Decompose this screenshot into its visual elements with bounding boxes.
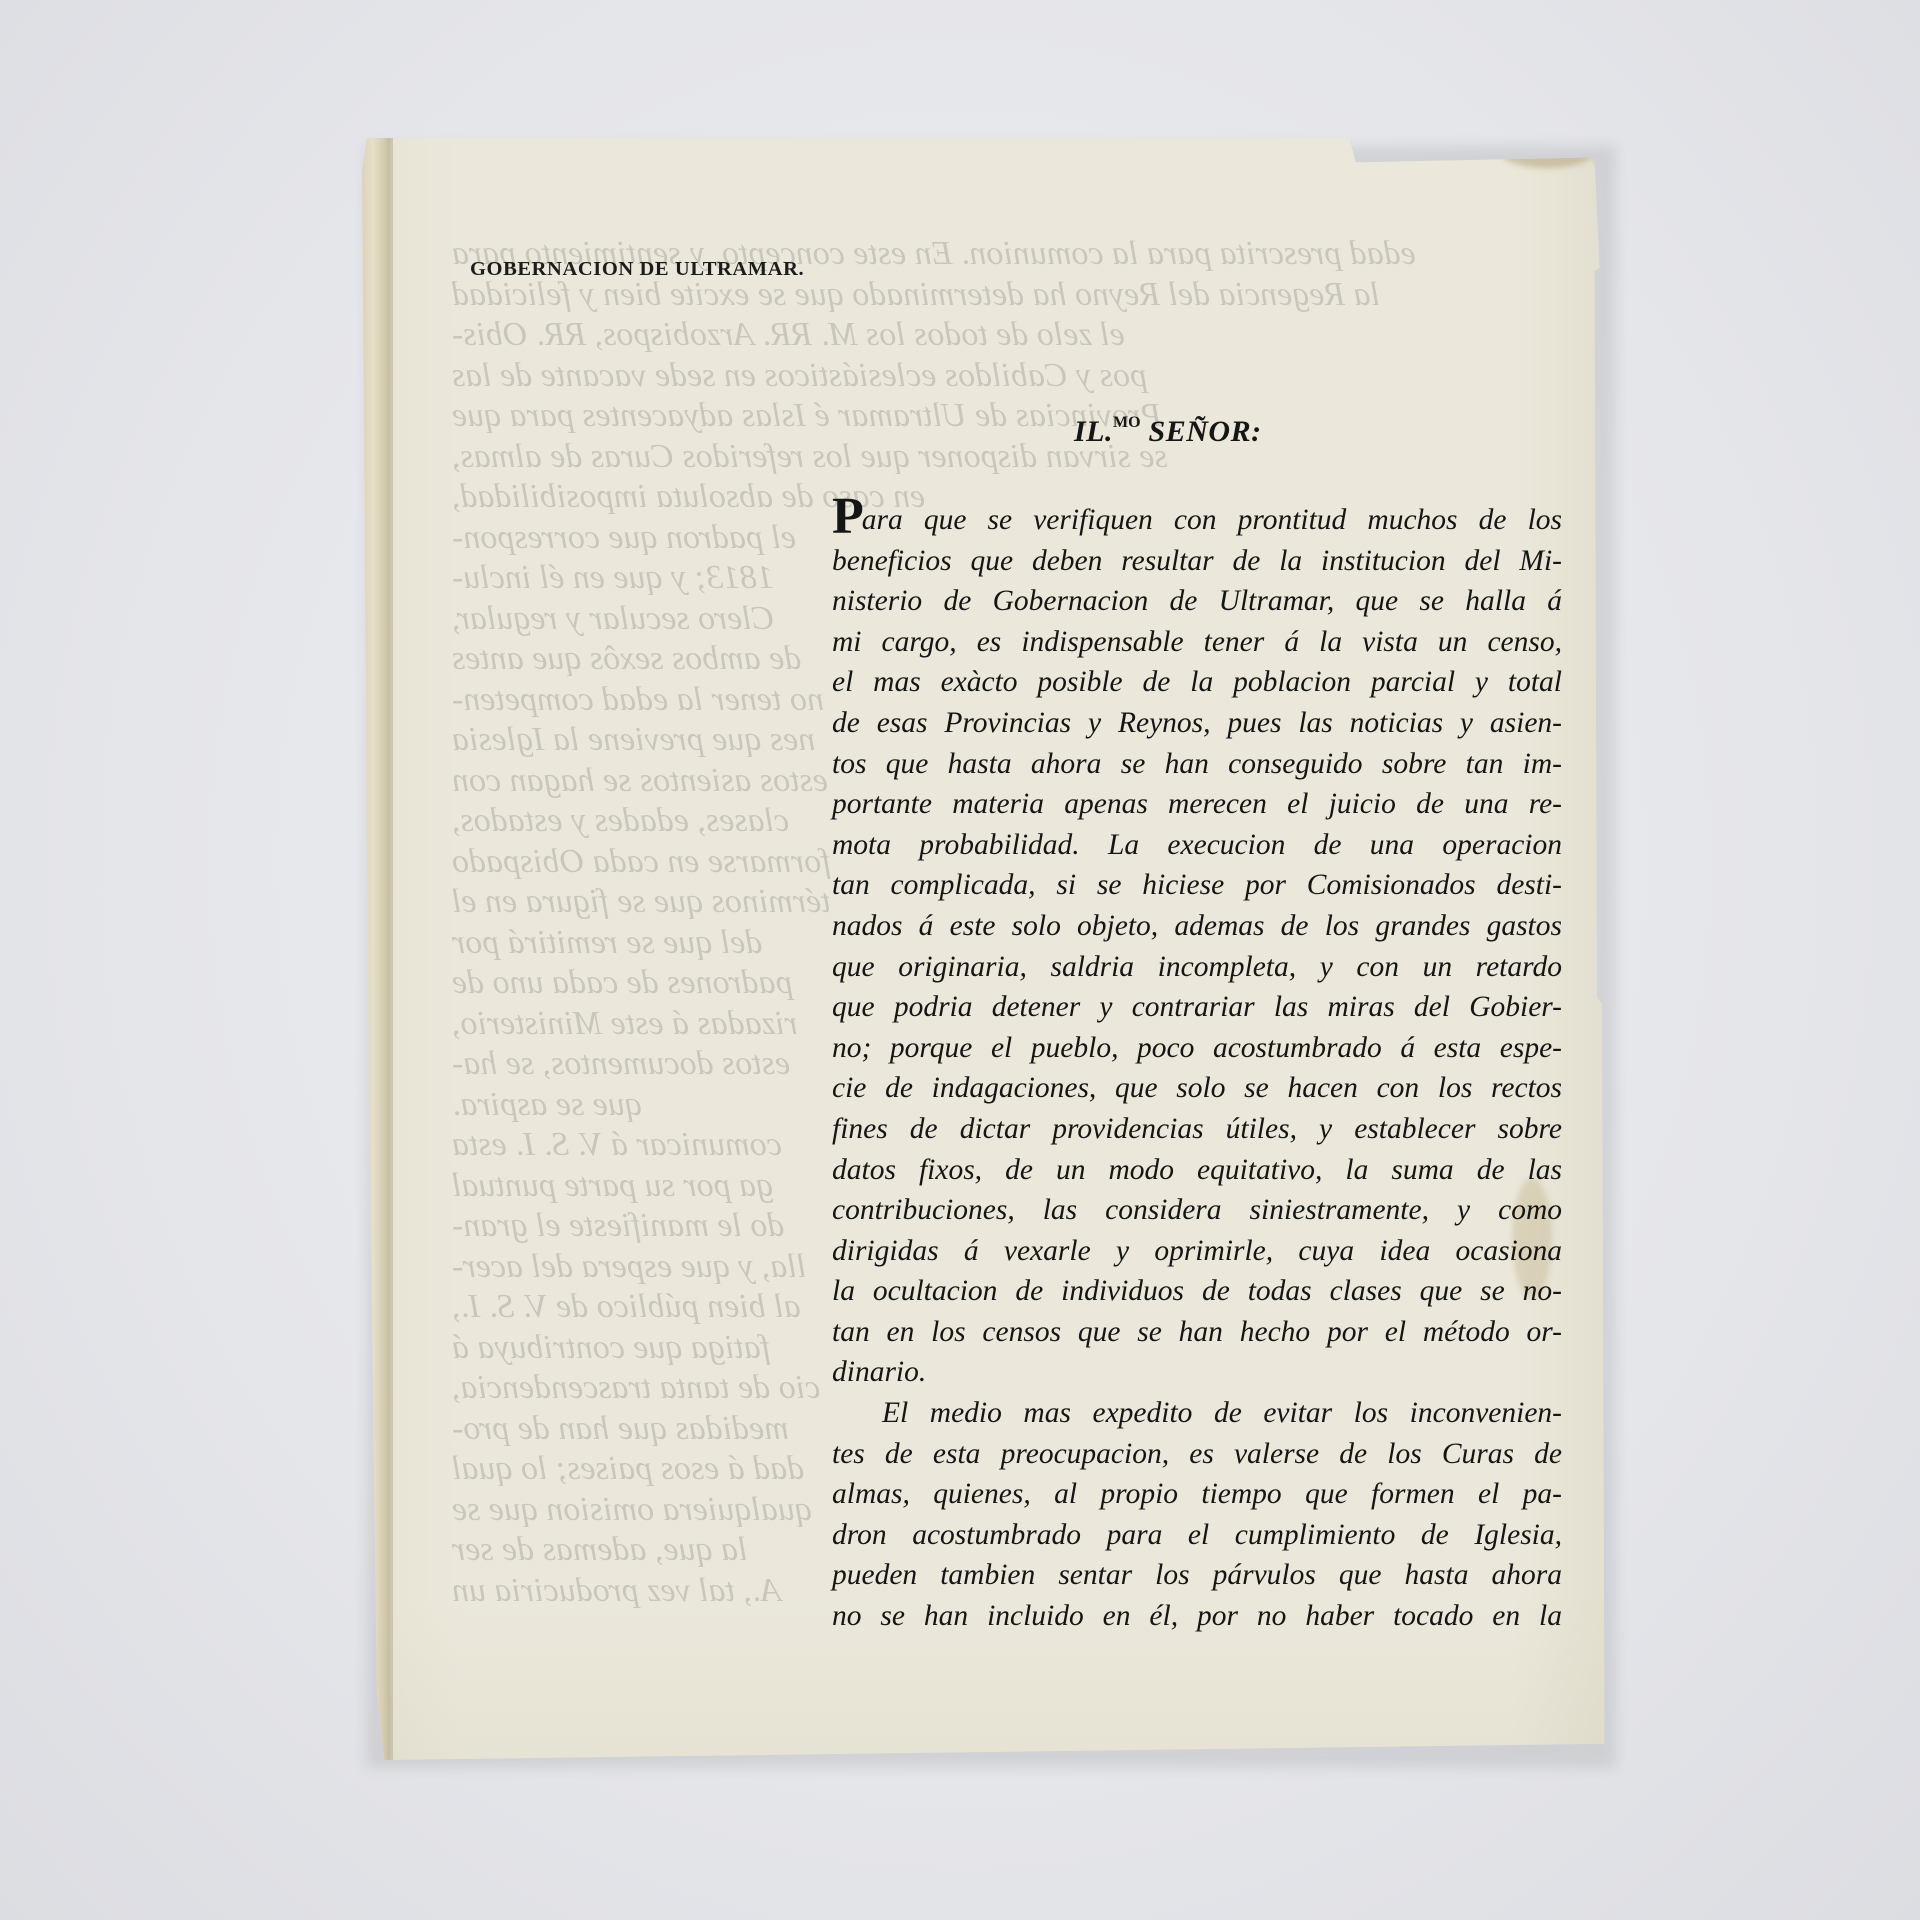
text-line: pueden tambien sentar los párvulos que h… bbox=[832, 1555, 1562, 1596]
text-line: nados á este solo objeto, ademas de los … bbox=[832, 906, 1562, 947]
binding-fold-line bbox=[390, 138, 393, 1760]
bleed-line: se sirvan disponer que los referidos Cur… bbox=[452, 437, 1512, 478]
text-line: dirigidas á vexarle y oprimirle, cuya id… bbox=[832, 1231, 1562, 1272]
text-line: datos fixos, de un modo equitativo, la s… bbox=[832, 1150, 1562, 1191]
bleed-line: pos y Cabildos eclesiásticos en sede vac… bbox=[452, 356, 1512, 397]
text-line: beneficios que deben resultar de la inst… bbox=[832, 541, 1562, 582]
text-line: el mas exàcto posible de la poblacion pa… bbox=[832, 662, 1562, 703]
drop-cap: P bbox=[832, 488, 864, 545]
text-line: fines de dictar providencias útiles, y e… bbox=[832, 1109, 1562, 1150]
text-line: de esas Provincias y Reynos, pues las no… bbox=[832, 703, 1562, 744]
text-line: tan en los censos que se han hecho por e… bbox=[832, 1312, 1562, 1353]
text-line: cie de indagaciones, que solo se hacen c… bbox=[832, 1068, 1562, 1109]
text-line: que podria detener y contrariar las mira… bbox=[832, 987, 1562, 1028]
text-line: que originaria, saldria incompleta, y co… bbox=[832, 947, 1562, 988]
text-line: portante materia apenas merecen el juici… bbox=[832, 784, 1562, 825]
text-line: no; porque el pueblo, poco acostumbrado … bbox=[832, 1028, 1562, 1069]
text-line: contribuciones, las considera siniestram… bbox=[832, 1190, 1562, 1231]
bleed-line: Provincias de Ultramar é Islas adyacente… bbox=[452, 396, 1512, 437]
salutation-superscript: MO bbox=[1113, 414, 1141, 431]
text-line: mi cargo, es indispensable tener á la vi… bbox=[832, 622, 1562, 663]
salutation: IL.MO SEÑOR: bbox=[1074, 414, 1262, 449]
text-line: El medio mas expedito de evitar los inco… bbox=[832, 1393, 1562, 1434]
text-line: tos que hasta ahora se han conseguido so… bbox=[832, 744, 1562, 785]
text-line: no se han incluido en él, por no haber t… bbox=[832, 1596, 1562, 1637]
salutation-title: IL. bbox=[1074, 415, 1113, 448]
text-line: dinario. bbox=[832, 1352, 1562, 1393]
text-line: la ocultacion de individuos de todas cla… bbox=[832, 1271, 1562, 1312]
text-line: almas, quienes, al propio tiempo que for… bbox=[832, 1474, 1562, 1515]
text-line: tan complicada, si se hiciese por Comisi… bbox=[832, 865, 1562, 906]
document-page: edad prescrita para la comunion. En este… bbox=[362, 138, 1612, 1760]
document-header-label: GOBERNACION DE ULTRAMAR. bbox=[470, 258, 804, 281]
text-line: tes de esta preocupacion, es valerse de … bbox=[832, 1434, 1562, 1475]
text-line: dron acostumbrado para el cumplimiento d… bbox=[832, 1515, 1562, 1556]
text-line: nisterio de Gobernacion de Ultramar, que… bbox=[832, 581, 1562, 622]
body-text: Para que se verifiquen con prontitud muc… bbox=[832, 500, 1562, 1637]
text-line: Para que se verifiquen con prontitud muc… bbox=[832, 500, 1562, 541]
salutation-suffix: SEÑOR: bbox=[1141, 415, 1262, 448]
text-line: mota probabilidad. La execucion de una o… bbox=[832, 825, 1562, 866]
bleed-line: el zelo de todos los M. RR. Arzobispos, … bbox=[452, 315, 1512, 356]
